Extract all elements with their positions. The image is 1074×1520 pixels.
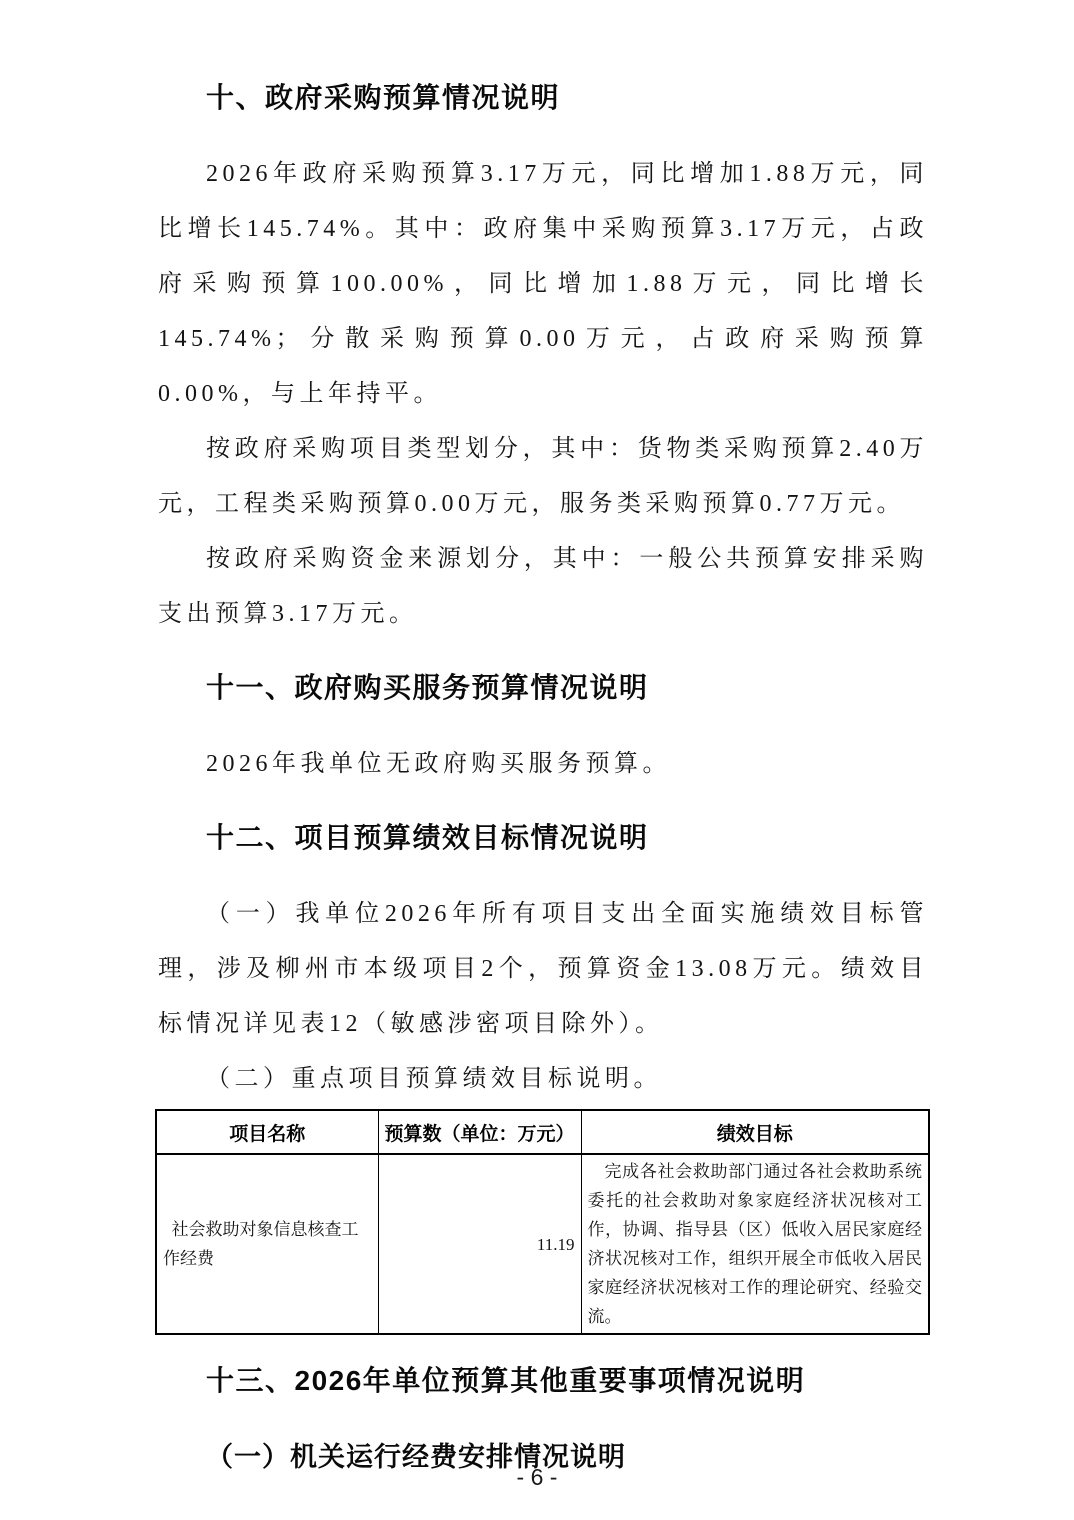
section-12-heading: 十二、项目预算绩效目标情况说明: [158, 810, 928, 865]
section-10-paragraph-2: 按政府采购项目类型划分，其中：货物类采购预算2.40万元，工程类采购预算0.00…: [158, 422, 928, 532]
column-header-performance-goal: 绩效目标: [581, 1110, 929, 1154]
section-10-paragraph-3: 按政府采购资金来源划分，其中：一般公共预算安排采购支出预算3.17万元。: [158, 532, 928, 642]
section-10-paragraph-1: 2026年政府采购预算3.17万元，同比增加1.88万元，同比增长145.74%…: [158, 147, 928, 422]
table-row: 社会救助对象信息核查工作经费 11.19 完成各社会救助部门通过各社会救助系统委…: [156, 1154, 929, 1334]
project-name-cell: 社会救助对象信息核查工作经费: [156, 1154, 378, 1334]
section-11-paragraph-1: 2026年我单位无政府购买服务预算。: [158, 737, 928, 792]
document-page: 十、政府采购预算情况说明 2026年政府采购预算3.17万元，同比增加1.88万…: [0, 0, 1074, 1520]
performance-target-table: 项目名称 预算数（单位：万元） 绩效目标 社会救助对象信息核查工作经费 11.1…: [155, 1109, 930, 1335]
section-10-heading: 十、政府采购预算情况说明: [158, 70, 928, 125]
section-11-heading: 十一、政府购买服务预算情况说明: [158, 660, 928, 715]
budget-amount-cell: 11.19: [378, 1154, 581, 1334]
section-12-paragraph-1: （一）我单位2026年所有项目支出全面实施绩效目标管理，涉及柳州市本级项目2个，…: [158, 887, 928, 1052]
page-number: - 6 -: [0, 1464, 1074, 1491]
section-12-paragraph-2: （二）重点项目预算绩效目标说明。: [158, 1052, 928, 1107]
column-header-project-name: 项目名称: [156, 1110, 378, 1154]
table-header-row: 项目名称 预算数（单位：万元） 绩效目标: [156, 1110, 929, 1154]
column-header-budget: 预算数（单位：万元）: [378, 1110, 581, 1154]
document-body: 十、政府采购预算情况说明 2026年政府采购预算3.17万元，同比增加1.88万…: [0, 0, 1074, 1485]
performance-goal-cell: 完成各社会救助部门通过各社会救助系统委托的社会救助对象家庭经济状况核对工作，协调…: [581, 1154, 929, 1334]
section-13-heading: 十三、2026年单位预算其他重要事项情况说明: [158, 1353, 928, 1408]
